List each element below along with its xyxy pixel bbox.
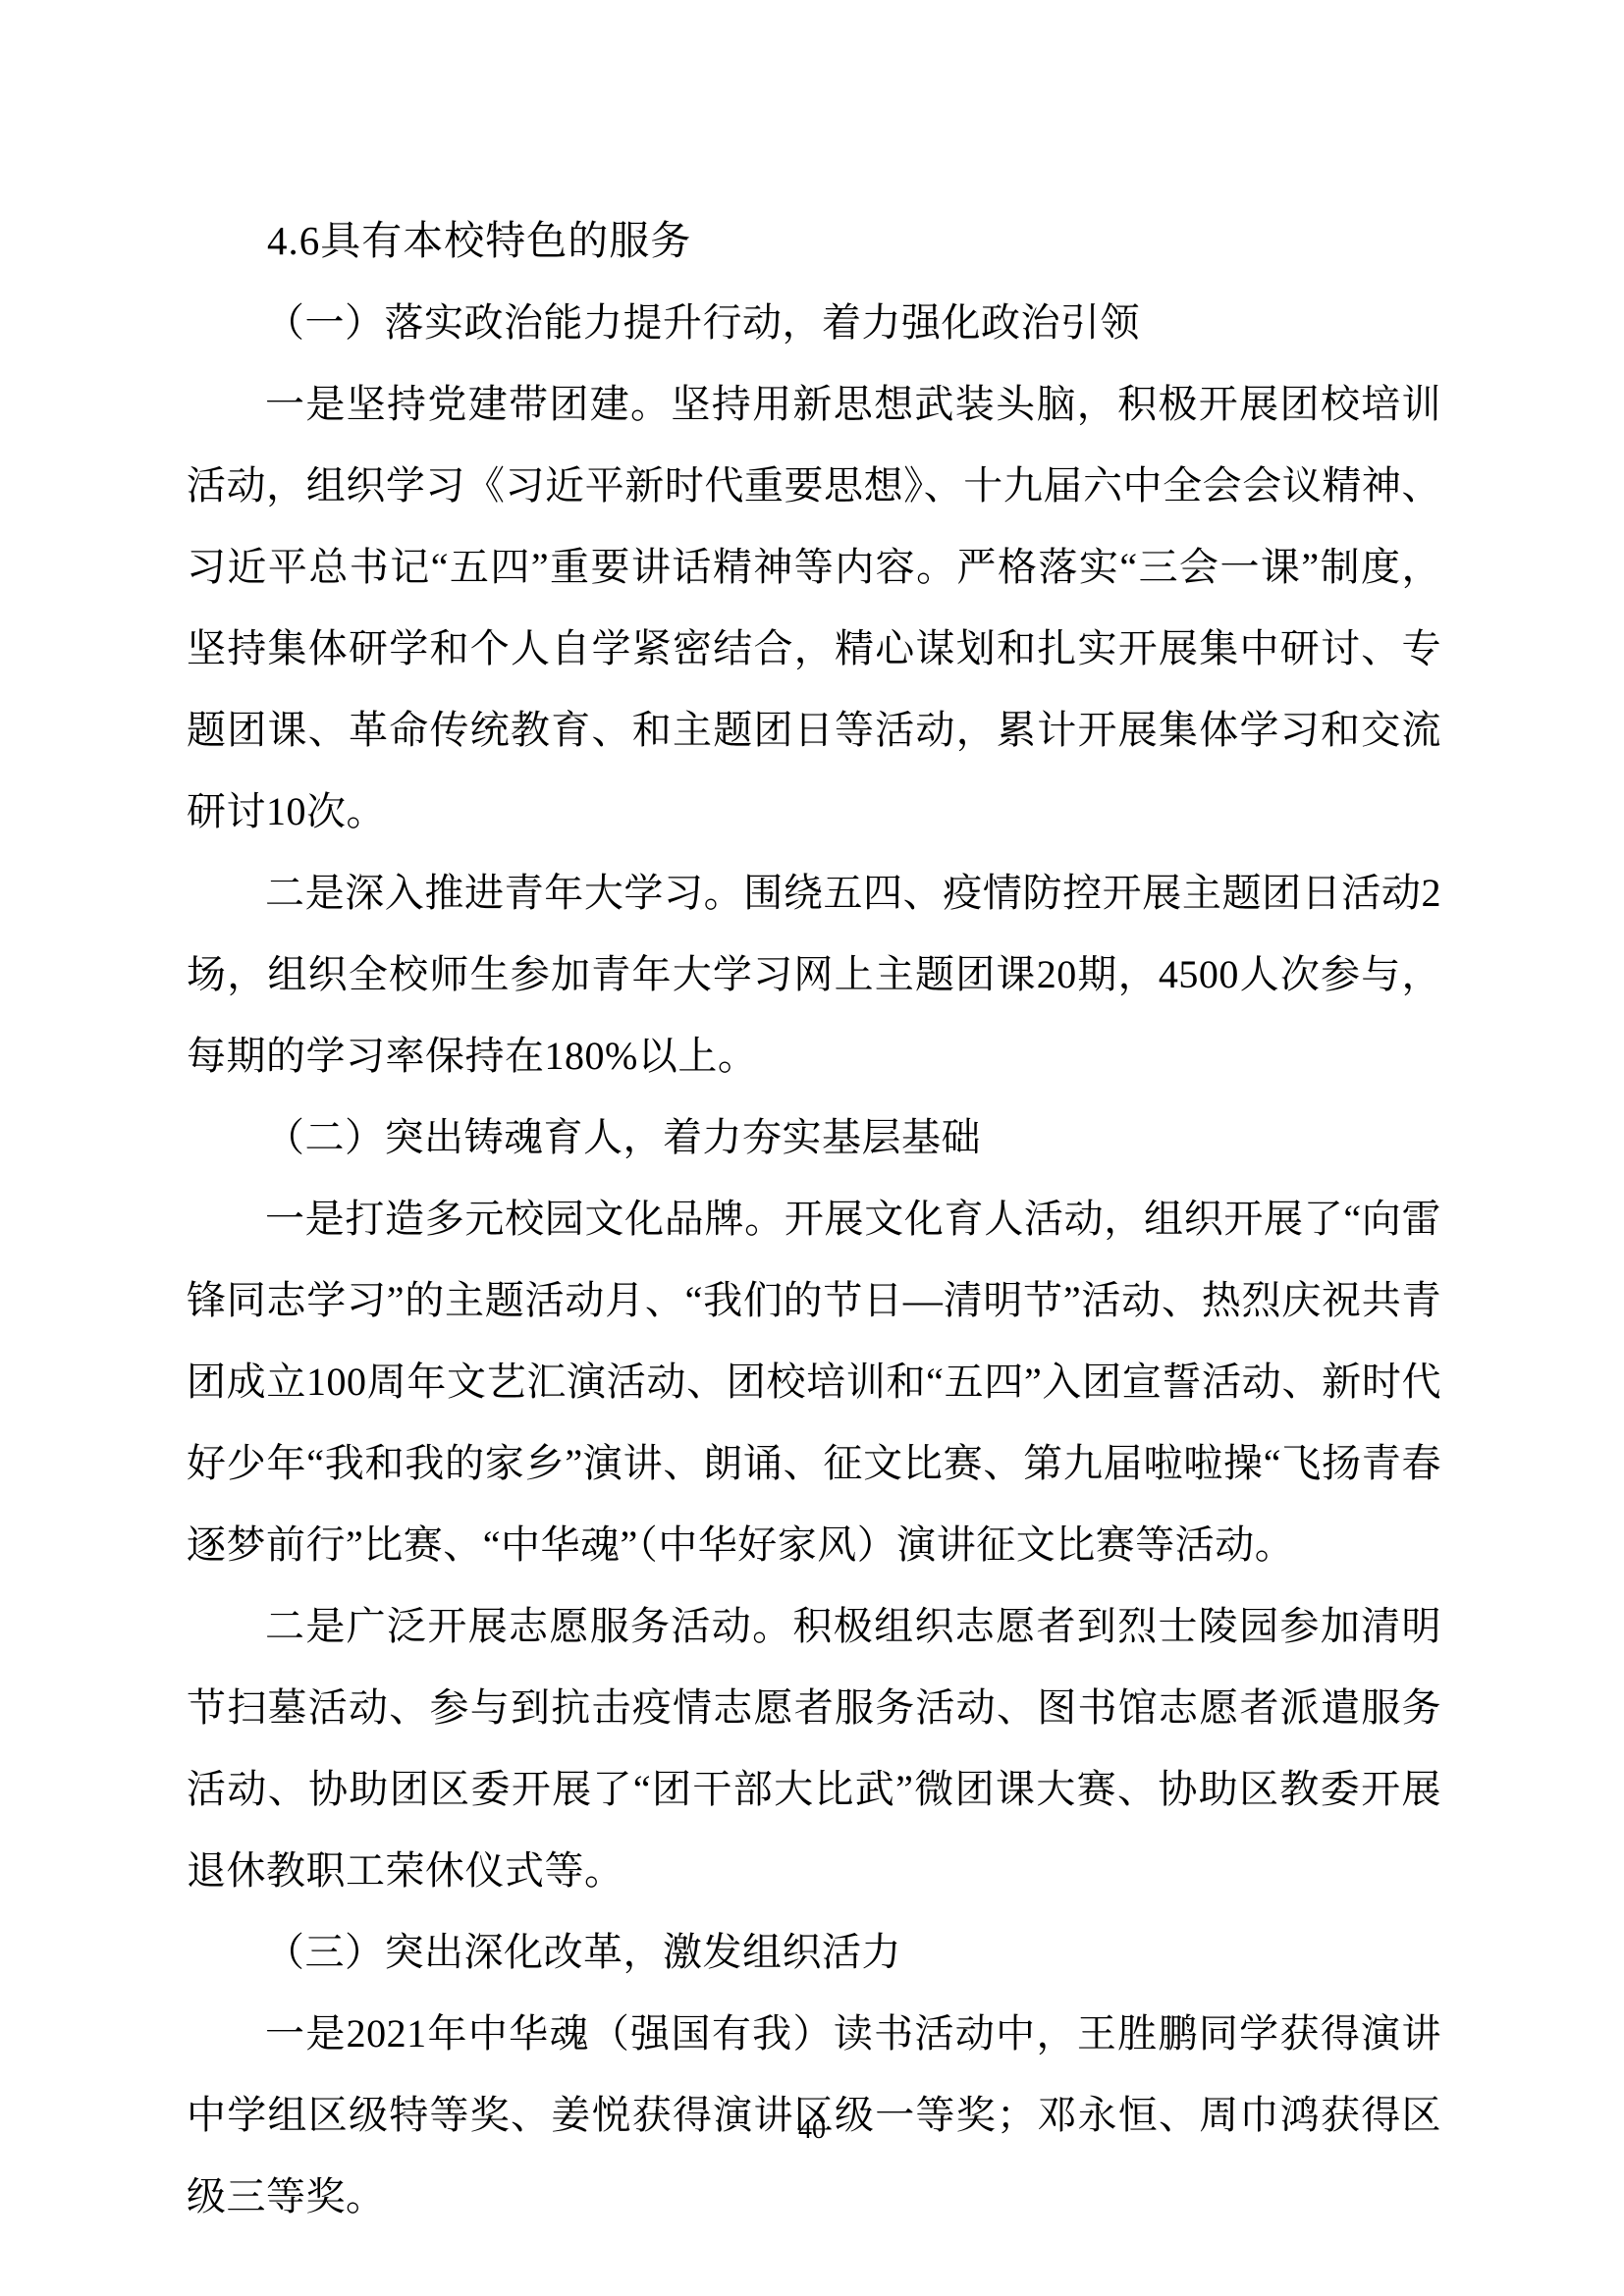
paragraph: （三）突出深化改革，激发组织活力 xyxy=(187,1911,1441,1993)
document-body: 4.6具有本校特色的服务 （一）落实政治能力提升行动，着力强化政治引领 一是坚持… xyxy=(187,200,1441,2237)
paragraph: 一是坚持党建带团建。坚持用新思想武装头脑，积极开展团校培训活动，组织学习《习近平… xyxy=(187,363,1441,852)
section-heading: 4.6具有本校特色的服务 xyxy=(187,200,1441,282)
page-number: 40 xyxy=(0,2110,1624,2150)
paragraph: 一是打造多元校园文化品牌。开展文化育人活动，组织开展了“向雷锋同志学习”的主题活… xyxy=(187,1178,1441,1585)
paragraph: 二是深入推进青年大学习。围绕五四、疫情防控开展主题团日活动2场，组织全校师生参加… xyxy=(187,852,1441,1096)
paragraph: （二）突出铸魂育人，着力夯实基层基础 xyxy=(187,1096,1441,1178)
paragraph: （一）落实政治能力提升行动，着力强化政治引领 xyxy=(187,282,1441,363)
document-page: 4.6具有本校特色的服务 （一）落实政治能力提升行动，着力强化政治引领 一是坚持… xyxy=(0,0,1624,2296)
paragraph: 二是广泛开展志愿服务活动。积极组织志愿者到烈士陵园参加清明节扫墓活动、参与到抗击… xyxy=(187,1585,1441,1911)
